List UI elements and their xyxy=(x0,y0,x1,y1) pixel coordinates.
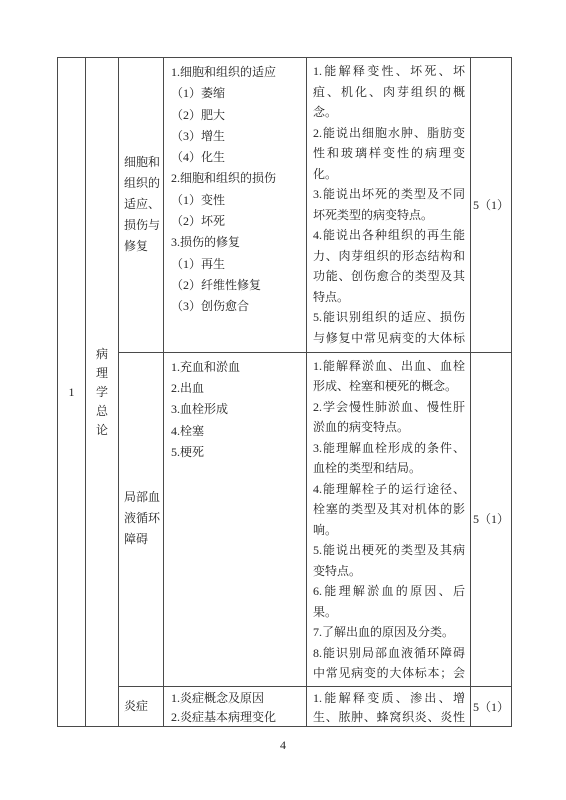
objective-item: 1.能解释淤血、出血、血栓形成、栓塞和梗死的概念。 xyxy=(313,356,465,397)
topics-cell: 1.细胞和组织的适应 （1）萎缩 （2）肥大 （3）增生 （4）化生 2.细胞和… xyxy=(164,58,307,353)
objectives-cell: 1.能解释淤血、出血、血栓形成、栓塞和梗死的概念。 2.学会慢性肺淤血、慢性肝淤… xyxy=(307,352,471,686)
topic-list: 1.充血和淤血 2.出血 3.血栓形成 4.栓塞 5.梗死 xyxy=(164,353,306,685)
objective-list: 1.能解释淤血、出血、血栓形成、栓塞和梗死的概念。 2.学会慢性肺淤血、慢性肝淤… xyxy=(307,353,470,685)
category-label: 病 理 学 总 论 xyxy=(86,58,118,726)
objective-item: 8.能识别局部血液循环障碍中常见病变的大体标本；会辨认慢性肺淤血、慢性肝淤血的病… xyxy=(313,643,465,685)
section-name-cell: 炎症 xyxy=(119,686,164,726)
topic-list: 1.炎症概念及原因 2.炎症基本病理变化 xyxy=(164,687,306,726)
section-name: 局部血 液循环 障碍 xyxy=(119,353,163,685)
topic-list: 1.细胞和组织的适应 （1）萎缩 （2）肥大 （3）增生 （4）化生 2.细胞和… xyxy=(164,58,306,351)
category-cell: 病 理 学 总 论 xyxy=(86,58,119,727)
section-name: 细胞和 组织的 适应、 损伤与 修复 xyxy=(119,58,163,351)
objective-item: 5.能说出梗死的类型及其病变特点。 xyxy=(313,540,465,581)
objectives-cell: 1.能解释变质、渗出、增生、脓肿、蜂窝织炎、炎性肉芽肿 xyxy=(307,686,471,726)
objective-item: 7.了解出血的原因及分类。 xyxy=(313,622,465,643)
hours-value: 5（1） xyxy=(471,353,511,685)
hours-cell: 5（1） xyxy=(471,352,512,686)
objective-list: 1.能解释变质、渗出、增生、脓肿、蜂窝织炎、炎性肉芽肿 xyxy=(307,687,470,726)
topics-cell: 1.充血和淤血 2.出血 3.血栓形成 4.栓塞 5.梗死 xyxy=(164,352,307,686)
objective-item: 4.能理解栓子的运行途径、栓塞的类型及其对机体的影响。 xyxy=(313,479,465,541)
section-name-cell: 细胞和 组织的 适应、 损伤与 修复 xyxy=(119,58,164,353)
objective-item: 6.能理解淤血的原因、后果。 xyxy=(313,581,465,622)
objectives-cell: 1.能解释变性、坏死、坏疽、机化、肉芽组织的概念。 2.能说出细胞水肿、脂肪变性… xyxy=(307,58,471,353)
objective-item: 2.学会慢性肺淤血、慢性肝淤血的病变特点。 xyxy=(313,397,465,438)
objective-item: 1.能解释变性、坏死、坏疽、机化、肉芽组织的概念。 xyxy=(313,61,465,123)
section-name-cell: 局部血 液循环 障碍 xyxy=(119,352,164,686)
objective-list: 1.能解释变性、坏死、坏疽、机化、肉芽组织的概念。 2.能说出细胞水肿、脂肪变性… xyxy=(307,58,470,351)
objective-item: 1.能解释变质、渗出、增生、脓肿、蜂窝织炎、炎性肉芽肿 xyxy=(313,689,465,726)
row-index: 1 xyxy=(58,58,85,726)
document-page: 1 病 理 学 总 论 细胞和 组织的 适应、 损伤与 修复 1.细胞和组织的适… xyxy=(0,0,566,800)
hours-cell: 5（1） xyxy=(471,686,512,726)
section-row: 炎症 1.炎症概念及原因 2.炎症基本病理变化 1.能解释变质、渗出、增生、脓肿… xyxy=(58,686,512,726)
section-row: 局部血 液循环 障碍 1.充血和淤血 2.出血 3.血栓形成 4.栓塞 5.梗死… xyxy=(58,352,512,686)
section-name: 炎症 xyxy=(119,687,163,726)
hours-value: 5（1） xyxy=(471,687,511,726)
content-table: 1 病 理 学 总 论 细胞和 组织的 适应、 损伤与 修复 1.细胞和组织的适… xyxy=(57,57,512,727)
objective-item: 2.能说出细胞水肿、脂肪变性和玻璃样变性的病理变化。 xyxy=(313,123,465,185)
section-row: 1 病 理 学 总 论 细胞和 组织的 适应、 损伤与 修复 1.细胞和组织的适… xyxy=(58,58,512,353)
page-number: 4 xyxy=(0,738,566,753)
objective-item: 3.能理解血栓形成的条件、血栓的类型和结局。 xyxy=(313,438,465,479)
objective-item: 5.能识别组织的适应、损伤与修复中常见病变的大体标本；会辨认肝脂肪变性的病理组织… xyxy=(313,307,465,351)
row-index-cell: 1 xyxy=(58,58,86,727)
hours-value: 5（1） xyxy=(471,58,511,351)
objective-item: 3.能说出坏死的类型及不同坏死类型的病变特点。 xyxy=(313,184,465,225)
topics-cell: 1.炎症概念及原因 2.炎症基本病理变化 xyxy=(164,686,307,726)
objective-item: 4.能说出各种组织的再生能力、肉芽组织的形态结构和功能、创伤愈合的类型及其特点。 xyxy=(313,225,465,307)
hours-cell: 5（1） xyxy=(471,58,512,353)
